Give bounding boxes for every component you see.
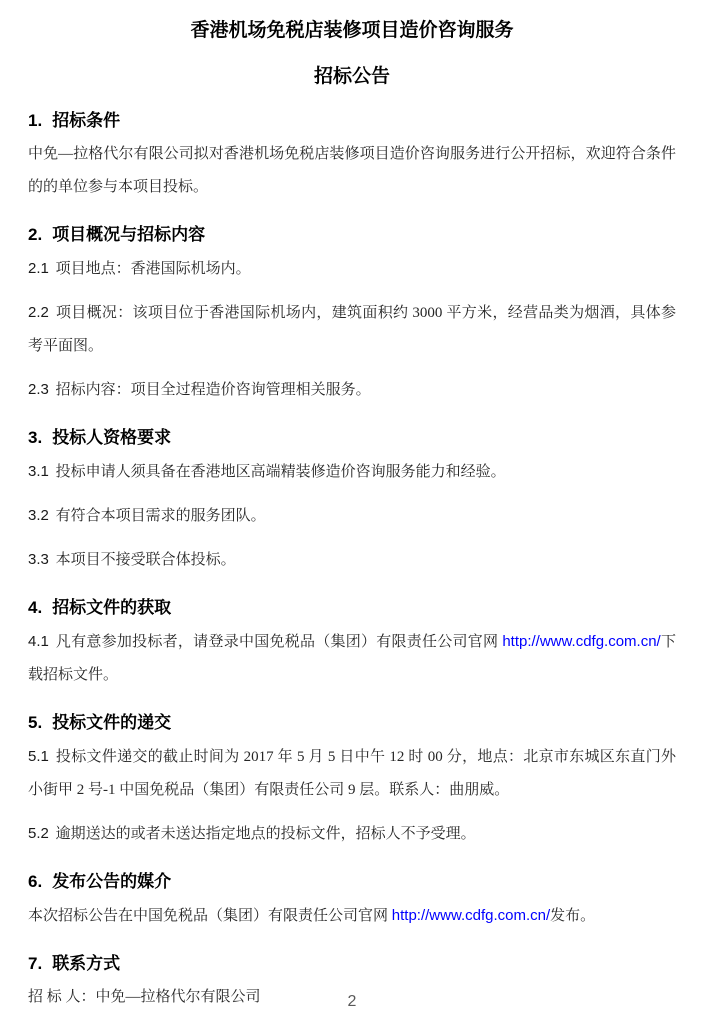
- paragraph-text: 本次招标公告在中国免税品（集团）有限责任公司官网: [28, 908, 392, 924]
- document-title: 香港机场免税店装修项目造价咨询服务: [28, 18, 676, 44]
- paragraph-text: 发布。: [550, 908, 595, 924]
- paragraph: 本次招标公告在中国免税品（集团）有限责任公司官网 http://www.cdfg…: [28, 899, 676, 933]
- section-5: 5.投标文件的递交 5.1 投标文件递交的截止时间为 2017 年 5 月 5 …: [28, 711, 676, 851]
- paragraph-number: 2.2: [28, 304, 49, 321]
- paragraph-number: 4.1: [28, 633, 49, 650]
- section-4-heading: 4.招标文件的获取: [28, 596, 676, 620]
- paragraph: 3.1 投标申请人须具备在香港地区高端精装修造价咨询服务能力和经验。: [28, 455, 676, 489]
- section-6: 6.发布公告的媒介 本次招标公告在中国免税品（集团）有限责任公司官网 http:…: [28, 870, 676, 933]
- paragraph: 3.2 有符合本项目需求的服务团队。: [28, 499, 676, 533]
- section-1-heading: 1.招标条件: [28, 109, 676, 133]
- paragraph-number: 2.3: [28, 381, 49, 398]
- paragraph-text: 凡有意参加投标者，请登录中国免税品（集团）有限责任公司官网: [56, 634, 502, 650]
- section-title: 招标条件: [52, 111, 120, 130]
- paragraph: 3.3 本项目不接受联合体投标。: [28, 543, 676, 577]
- section-4: 4.招标文件的获取 4.1 凡有意参加投标者，请登录中国免税品（集团）有限责任公…: [28, 596, 676, 692]
- section-number: 1.: [28, 109, 42, 133]
- section-number: 4.: [28, 596, 42, 620]
- paragraph-number: 2.1: [28, 260, 49, 277]
- paragraph: 5.1 投标文件递交的截止时间为 2017 年 5 月 5 日中午 12 时 0…: [28, 740, 676, 807]
- section-title: 项目概况与招标内容: [52, 225, 205, 244]
- section-title: 招标文件的获取: [52, 598, 171, 617]
- paragraph-number: 3.1: [28, 463, 49, 480]
- section-title: 投标人资格要求: [52, 428, 171, 447]
- document-subtitle: 招标公告: [28, 64, 676, 90]
- paragraph-text: 投标申请人须具备在香港地区高端精装修造价咨询服务能力和经验。: [56, 464, 506, 480]
- page-number: 2: [0, 993, 704, 1011]
- section-title: 投标文件的递交: [52, 713, 171, 732]
- section-1: 1.招标条件 中免—拉格代尔有限公司拟对香港机场免税店装修项目造价咨询服务进行公…: [28, 109, 676, 204]
- paragraph-text: 项目地点：香港国际机场内。: [56, 261, 251, 277]
- section-3: 3.投标人资格要求 3.1 投标申请人须具备在香港地区高端精装修造价咨询服务能力…: [28, 426, 676, 577]
- paragraph-text: 项目概况：该项目位于香港国际机场内，建筑面积约 3000 平方米，经营品类为烟酒…: [28, 305, 676, 354]
- paragraph-text: 有符合本项目需求的服务团队。: [56, 508, 266, 524]
- section-2-heading: 2.项目概况与招标内容: [28, 223, 676, 247]
- paragraph: 2.1 项目地点：香港国际机场内。: [28, 252, 676, 286]
- section-2: 2.项目概况与招标内容 2.1 项目地点：香港国际机场内。 2.2 项目概况：该…: [28, 223, 676, 407]
- paragraph-number: 5.2: [28, 825, 49, 842]
- paragraph-text: 逾期送达的或者未送达指定地点的投标文件，招标人不予受理。: [56, 826, 476, 842]
- paragraph-number: 3.3: [28, 551, 49, 568]
- paragraph-number: 5.1: [28, 748, 49, 765]
- paragraph-number: 3.2: [28, 507, 49, 524]
- paragraph: 4.1 凡有意参加投标者，请登录中国免税品（集团）有限责任公司官网 http:/…: [28, 625, 676, 692]
- section-title: 联系方式: [52, 954, 120, 973]
- section-7-heading: 7.联系方式: [28, 952, 676, 976]
- paragraph: 5.2 逾期送达的或者未送达指定地点的投标文件，招标人不予受理。: [28, 817, 676, 851]
- document-page: 香港机场免税店装修项目造价咨询服务 招标公告 1.招标条件 中免—拉格代尔有限公…: [0, 0, 704, 1027]
- paragraph-text: 招标内容：项目全过程造价咨询管理相关服务。: [56, 382, 371, 398]
- section-number: 3.: [28, 426, 42, 450]
- paragraph: 2.2 项目概况：该项目位于香港国际机场内，建筑面积约 3000 平方米，经营品…: [28, 296, 676, 363]
- cdfg-website-link[interactable]: http://www.cdfg.com.cn/: [502, 633, 660, 650]
- cdfg-website-link[interactable]: http://www.cdfg.com.cn/: [392, 907, 550, 924]
- section-6-heading: 6.发布公告的媒介: [28, 870, 676, 894]
- paragraph-text: 中免—拉格代尔有限公司拟对香港机场免税店装修项目造价咨询服务进行公开招标，欢迎符…: [28, 146, 676, 195]
- paragraph: 中免—拉格代尔有限公司拟对香港机场免税店装修项目造价咨询服务进行公开招标，欢迎符…: [28, 138, 676, 204]
- paragraph-text: 本项目不接受联合体投标。: [56, 552, 236, 568]
- section-number: 5.: [28, 711, 42, 735]
- section-3-heading: 3.投标人资格要求: [28, 426, 676, 450]
- section-title: 发布公告的媒介: [52, 872, 171, 891]
- paragraph: 2.3 招标内容：项目全过程造价咨询管理相关服务。: [28, 373, 676, 407]
- section-number: 2.: [28, 223, 42, 247]
- section-number: 6.: [28, 870, 42, 894]
- section-5-heading: 5.投标文件的递交: [28, 711, 676, 735]
- paragraph-text: 投标文件递交的截止时间为 2017 年 5 月 5 日中午 12 时 00 分，…: [28, 749, 676, 798]
- section-number: 7.: [28, 952, 42, 976]
